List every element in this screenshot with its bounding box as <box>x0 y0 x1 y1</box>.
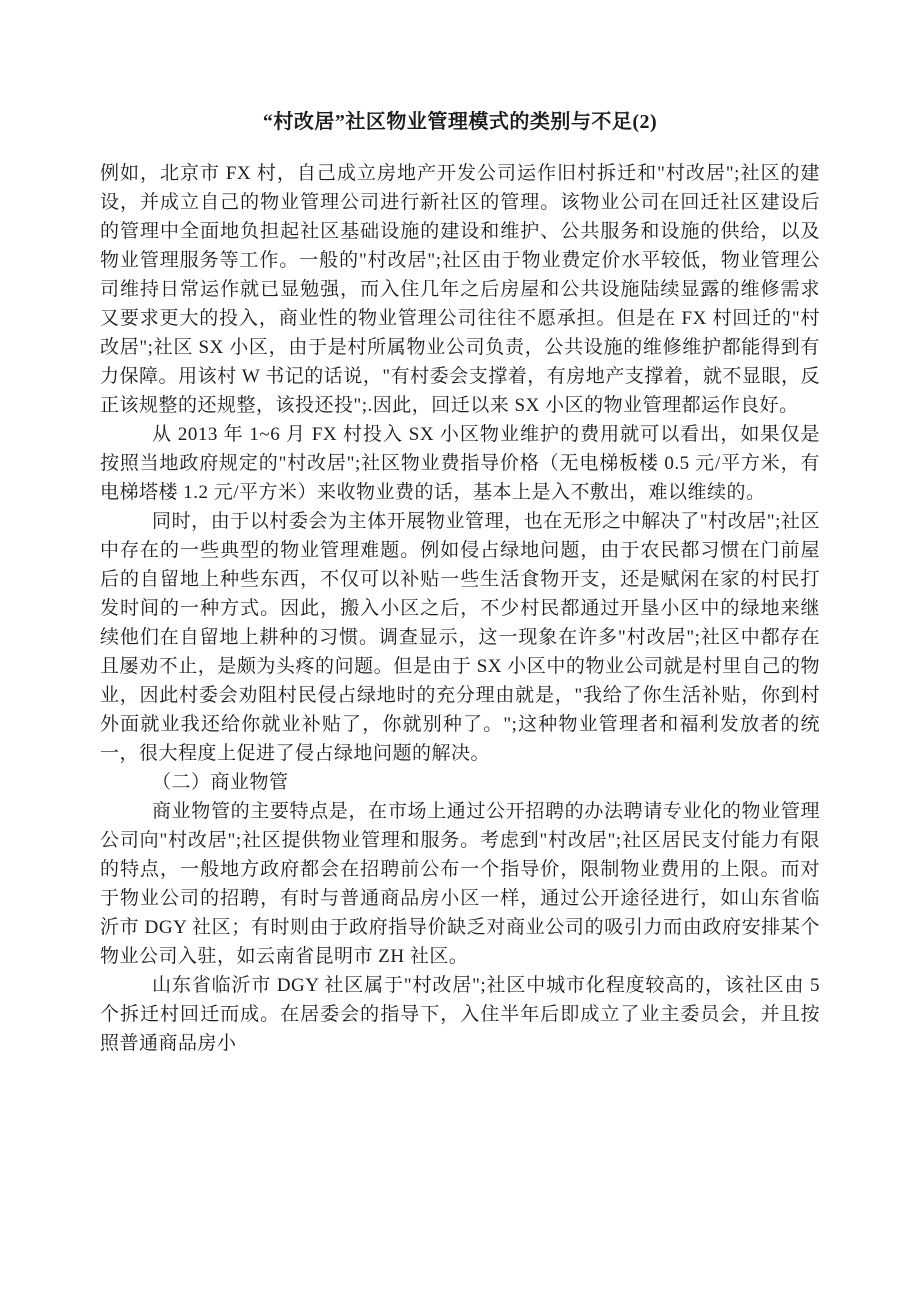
paragraph-green-space: 同时，由于以村委会为主体开展物业管理，也在无形之中解决了"村改居";社区中存在的… <box>100 507 820 768</box>
document-title: “村改居”社区物业管理模式的类别与不足(2) <box>100 108 820 137</box>
paragraph-2013-fees: 从 2013 年 1~6 月 FX 村投入 SX 小区物业维护的费用就可以看出，… <box>100 420 820 507</box>
document-body: “村改居”社区物业管理模式的类别与不足(2) 例如，北京市 FX 村，自己成立房… <box>100 108 820 1058</box>
document-page: “村改居”社区物业管理模式的类别与不足(2) 例如，北京市 FX 村，自己成立房… <box>0 0 920 1302</box>
paragraph-fx-village: 例如，北京市 FX 村，自己成立房地产开发公司运作旧村拆迁和"村改居";社区的建… <box>100 159 820 420</box>
section-heading-commercial-management: （二）商业物管 <box>100 768 820 797</box>
paragraph-dgy-community: 山东省临沂市 DGY 社区属于"村改居";社区中城市化程度较高的，该社区由 5 … <box>100 971 820 1058</box>
paragraph-commercial-features: 商业物管的主要特点是，在市场上通过公开招聘的办法聘请专业化的物业管理公司向"村改… <box>100 797 820 971</box>
